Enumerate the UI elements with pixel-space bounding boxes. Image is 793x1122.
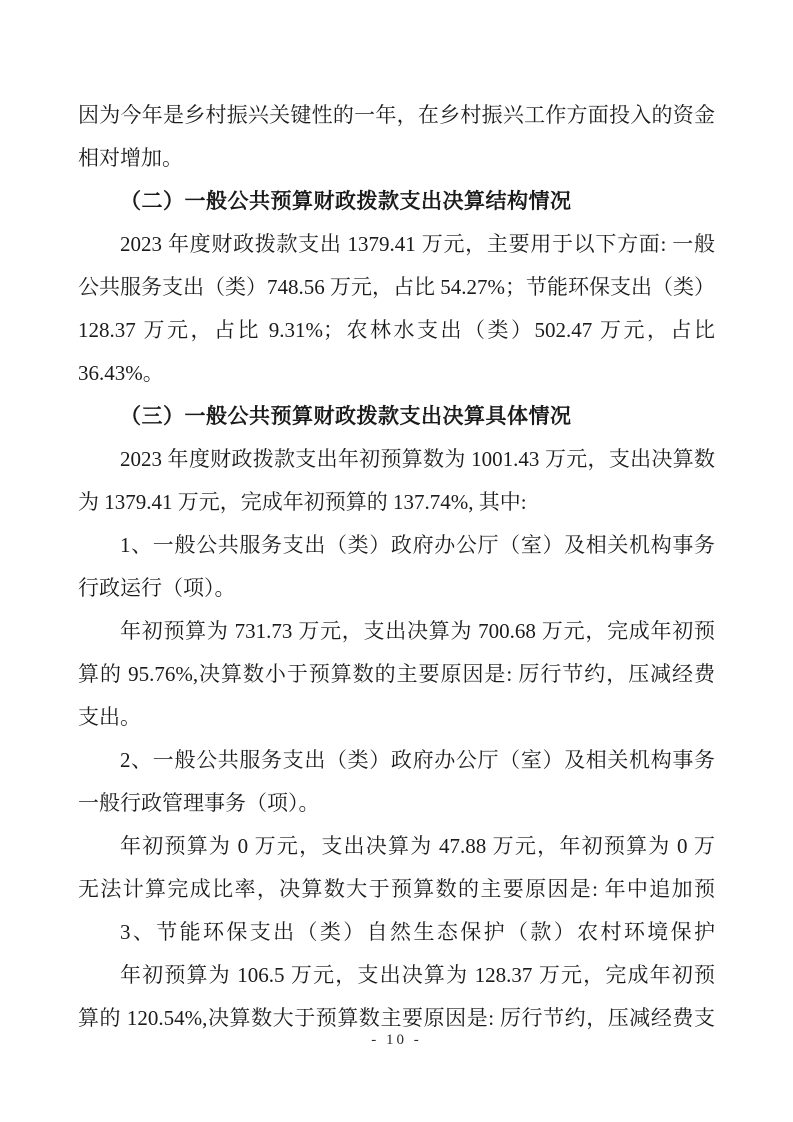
paragraph-line: 支出。: [78, 696, 715, 739]
paragraph-line: 128.37 万元，占比 9.31%；农林水支出（类）502.47 万元，占比: [78, 309, 715, 352]
paragraph-line: 因为今年是乡村振兴关键性的一年，在乡村振兴工作方面投入的资金: [78, 94, 715, 137]
paragraph-line: 36.43%。: [78, 352, 715, 395]
paragraph-line: 年初预算为 731.73 万元，支出决算为 700.68 万元，完成年初预: [78, 610, 715, 653]
paragraph-line: 无法计算完成比率，决算数大于预算数的主要原因是: 年中追加预算。: [78, 868, 715, 911]
section-heading: （三）一般公共预算财政拨款支出决算具体情况: [78, 395, 715, 438]
section-heading: （二）一般公共预算财政拨款支出决算结构情况: [78, 180, 715, 223]
paragraph-line: 行政运行（项）。: [78, 567, 715, 610]
paragraph-line: 一般行政管理事务（项）。: [78, 782, 715, 825]
paragraph-line: 年初预算为 0 万元，支出决算为 47.88 万元，年初预算为 0 万元，: [78, 825, 715, 868]
document-body: 因为今年是乡村振兴关键性的一年，在乡村振兴工作方面投入的资金 相对增加。 （二）…: [78, 94, 715, 1040]
paragraph-line: 1、一般公共服务支出（类）政府办公厅（室）及相关机构事务（款）: [78, 524, 715, 567]
paragraph-line: 年初预算为 106.5 万元，支出决算为 128.37 万元，完成年初预: [78, 954, 715, 997]
paragraph-line: 算的 95.76%,决算数小于预算数的主要原因是: 厉行节约，压减经费: [78, 653, 715, 696]
paragraph-line: 相对增加。: [78, 137, 715, 180]
page-number: - 10 -: [0, 1032, 793, 1049]
document-page: 因为今年是乡村振兴关键性的一年，在乡村振兴工作方面投入的资金 相对增加。 （二）…: [0, 0, 793, 1122]
paragraph-line: 2023 年度财政拨款支出 1379.41 万元，主要用于以下方面: 一般: [78, 223, 715, 266]
paragraph-line: 为 1379.41 万元，完成年初预算的 137.74%, 其中:: [78, 481, 715, 524]
paragraph-line: 2023 年度财政拨款支出年初预算数为 1001.43 万元，支出决算数: [78, 438, 715, 481]
paragraph-line: 2、一般公共服务支出（类）政府办公厅（室）及相关机构事务（款）: [78, 739, 715, 782]
paragraph-line: 公共服务支出（类）748.56 万元，占比 54.27%；节能环保支出（类）: [78, 266, 715, 309]
paragraph-line: 3、节能环保支出（类）自然生态保护（款）农村环境保护（项）。: [78, 911, 715, 954]
